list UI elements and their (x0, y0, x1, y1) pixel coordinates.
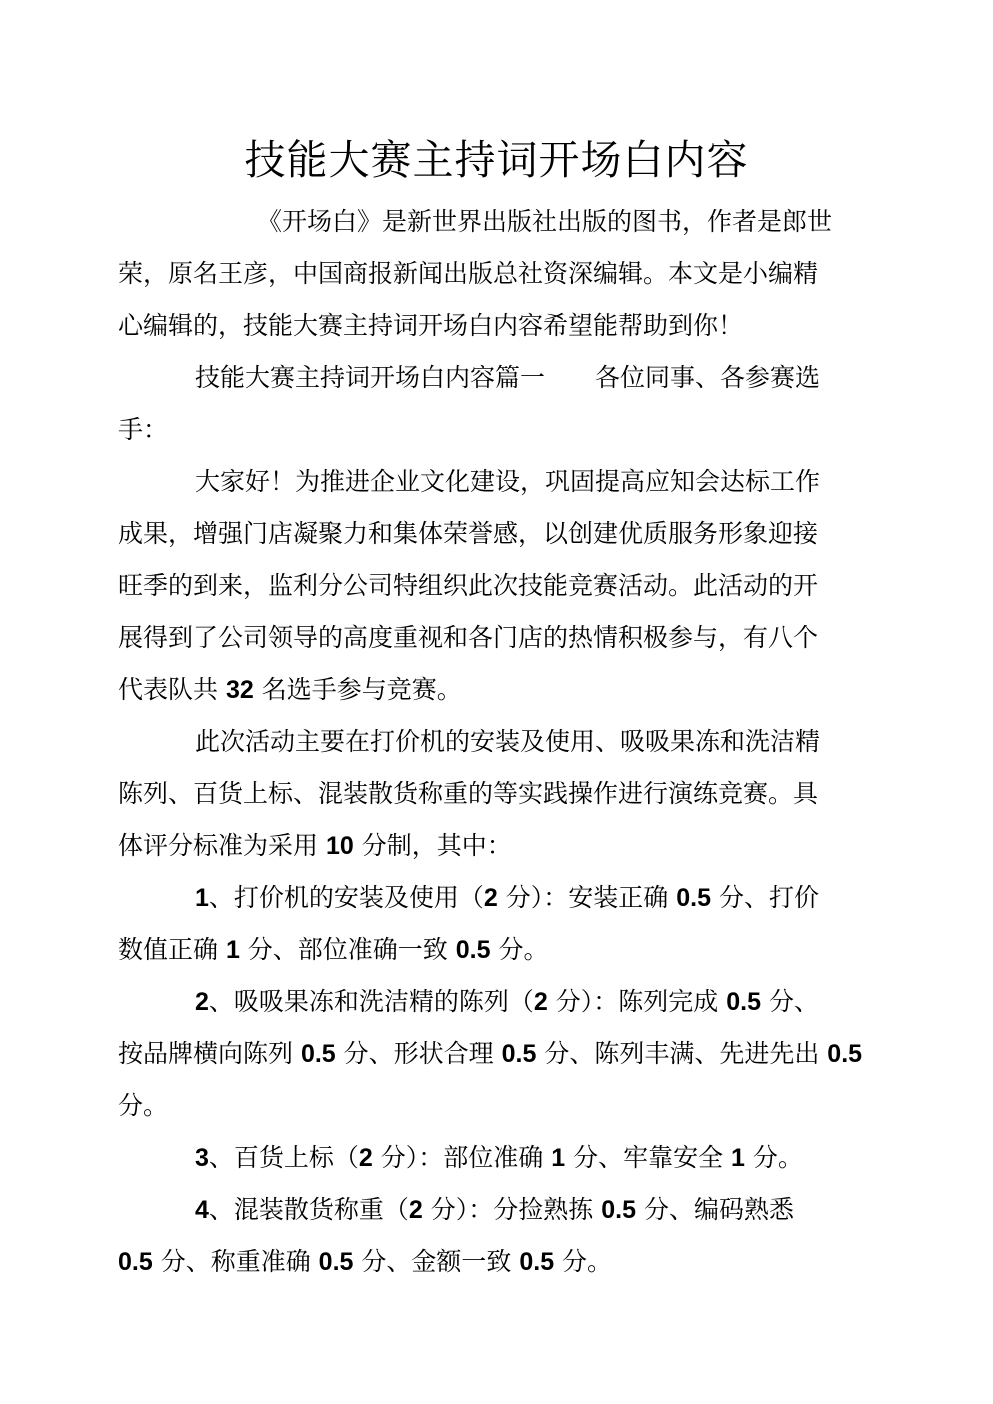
number-text: 32 (226, 676, 254, 704)
number-text: 4 (195, 1196, 209, 1224)
body-text-line: 4、混装散货称重（2 分）：分捡熟拣 0.5 分、编码熟悉 (195, 1190, 794, 1230)
body-text-line: 技能大赛主持词开场白内容篇一 各位同事、各参赛选 (195, 358, 820, 398)
body-text-line: 此次活动主要在打价机的安装及使用、吸吸果冻和洗洁精 (195, 722, 820, 762)
number-text: 2 (484, 884, 498, 912)
number-text: 2 (359, 1144, 373, 1172)
number-text: 0.5 (319, 1248, 354, 1276)
body-text-line: 《开场白》是新世界出版社出版的图书，作者是郎世 (257, 202, 832, 242)
body-text-line: 心编辑的，技能大赛主持词开场白内容希望能帮助到你！ (118, 306, 743, 346)
number-text: 0.5 (118, 1248, 153, 1276)
number-text: 0.5 (676, 884, 711, 912)
number-text: 10 (326, 832, 354, 860)
body-text-line: 3、百货上标（2 分）：部位准确 1 分、牢靠安全 1 分。 (195, 1138, 803, 1178)
body-text-line: 展得到了公司领导的高度重视和各门店的热情积极参与，有八个 (118, 618, 818, 658)
document-page: 技能大赛主持词开场白内容 《开场白》是新世界出版社出版的图书，作者是郎世荣，原名… (0, 0, 993, 1404)
number-text: 0.5 (502, 1040, 537, 1068)
body-text-line: 体评分标准为采用 10 分制，其中： (118, 826, 512, 866)
body-text-line: 旺季的到来，监利分公司特组织此次技能竞赛活动。此活动的开 (118, 566, 818, 606)
number-text: 2 (409, 1196, 423, 1224)
number-text: 0.5 (827, 1040, 862, 1068)
body-text-line: 数值正确 1 分、部位准确一致 0.5 分。 (118, 930, 548, 970)
number-text: 2 (534, 988, 548, 1016)
body-text-line: 成果，增强门店凝聚力和集体荣誉感，以创建优质服务形象迎接 (118, 514, 818, 554)
number-text: 1 (195, 884, 209, 912)
body-text-line: 分。 (118, 1086, 168, 1126)
number-text: 0.5 (301, 1040, 336, 1068)
number-text: 1 (226, 936, 240, 964)
number-text: 1 (551, 1144, 565, 1172)
number-text: 0.5 (601, 1196, 636, 1224)
body-text-line: 大家好！为推进企业文化建设，巩固提高应知会达标工作 (195, 462, 820, 502)
document-title: 技能大赛主持词开场白内容 (0, 130, 993, 190)
number-text: 0.5 (726, 988, 761, 1016)
body-text-line: 1、打价机的安装及使用（2 分）：安装正确 0.5 分、打价 (195, 878, 819, 918)
number-text: 2 (195, 988, 209, 1016)
body-text-line: 按品牌横向陈列 0.5 分、形状合理 0.5 分、陈列丰满、先进先出 0.5 (118, 1034, 862, 1074)
number-text: 1 (731, 1144, 745, 1172)
body-text-line: 荣，原名王彦，中国商报新闻出版总社资深编辑。本文是小编精 (118, 254, 818, 294)
body-text-line: 手： (118, 410, 168, 450)
body-text-line: 陈列、百货上标、混装散货称重的等实践操作进行演练竞赛。具 (118, 774, 818, 814)
number-text: 0.5 (519, 1248, 554, 1276)
body-text-line: 代表队共 32 名选手参与竞赛。 (118, 670, 462, 710)
body-text-line: 0.5 分、称重准确 0.5 分、金额一致 0.5 分。 (118, 1242, 612, 1282)
body-text-line: 2、吸吸果冻和洗洁精的陈列（2 分）：陈列完成 0.5 分、 (195, 982, 819, 1022)
number-text: 0.5 (456, 936, 491, 964)
number-text: 3 (195, 1144, 209, 1172)
